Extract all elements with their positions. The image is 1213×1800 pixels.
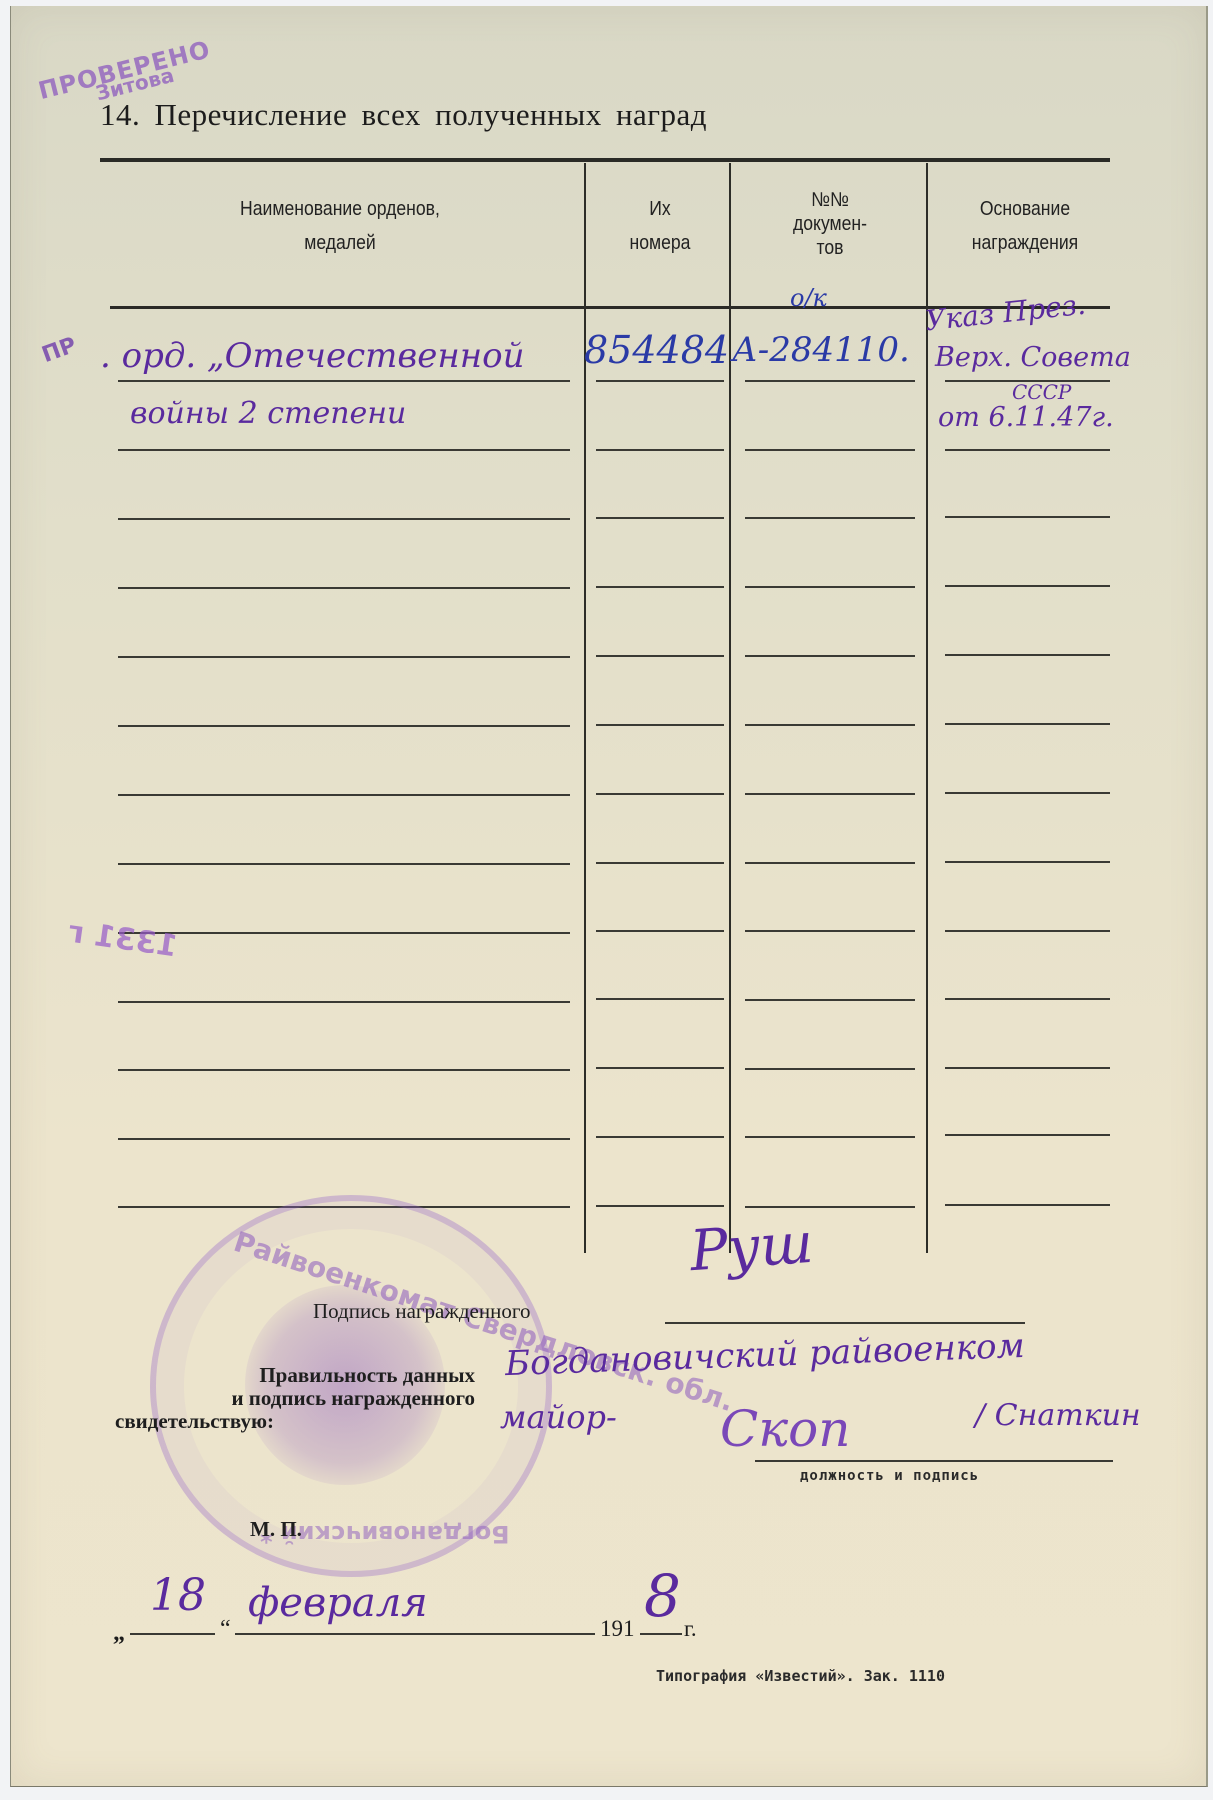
date-month: февраля xyxy=(248,1580,428,1626)
date-day: 18 xyxy=(150,1570,206,1621)
date-close-quote: “ xyxy=(220,1616,231,1643)
printer-imprint: Типография «Известий». Зак. 1110 xyxy=(656,1667,945,1685)
position-signature-caption: должность и подпись xyxy=(800,1468,979,1484)
award-basis-line3: СССР xyxy=(1012,380,1071,404)
official-signature: Скоп xyxy=(720,1400,850,1458)
date-year-suffix: г. xyxy=(684,1616,697,1642)
certification-label: Правильность данных и подпись награжденн… xyxy=(115,1364,475,1433)
date-year-prefix: 191 xyxy=(600,1616,635,1642)
column-divider-1 xyxy=(584,163,586,1253)
seal-placement-label: М. П. xyxy=(250,1517,302,1542)
date-year-handwritten: 8 xyxy=(644,1562,681,1630)
section-title: 14. Перечисление всех полученных наград xyxy=(100,97,707,133)
document-number: А-284110. xyxy=(732,330,910,370)
header-numbers: Их номера xyxy=(598,196,721,256)
header-award-name: Наименование орденов, медалей xyxy=(138,196,543,256)
date-open-quote: „ xyxy=(113,1620,125,1647)
date-day-line xyxy=(130,1633,215,1635)
recipient-signature: Руш xyxy=(688,1211,815,1284)
position-signature-line xyxy=(755,1460,1113,1462)
official-rank-handwritten: майор- xyxy=(500,1398,617,1436)
award-name-line2: войны 2 степени xyxy=(130,396,406,431)
recipient-signature-label: Подпись награжденного xyxy=(313,1299,530,1324)
award-name-line1: . орд. „Отечественной xyxy=(100,336,525,376)
header-award-basis: Основание награждения xyxy=(941,196,1108,256)
date-year-line xyxy=(640,1633,682,1635)
header-document-numbers: №№ докумен- тов xyxy=(746,188,913,260)
document-prefix: о/к xyxy=(790,284,827,312)
document-page xyxy=(10,6,1208,1787)
recipient-signature-line xyxy=(665,1322,1025,1324)
award-basis-line2: Верх. Совета xyxy=(935,342,1131,373)
date-month-line xyxy=(235,1633,595,1635)
award-number: 854484 xyxy=(584,328,729,372)
column-divider-2 xyxy=(729,163,731,1253)
official-name-handwritten: / Снаткин xyxy=(975,1398,1141,1433)
award-basis-line4: от 6.11.47г. xyxy=(938,402,1114,433)
title-rule xyxy=(100,158,1110,162)
